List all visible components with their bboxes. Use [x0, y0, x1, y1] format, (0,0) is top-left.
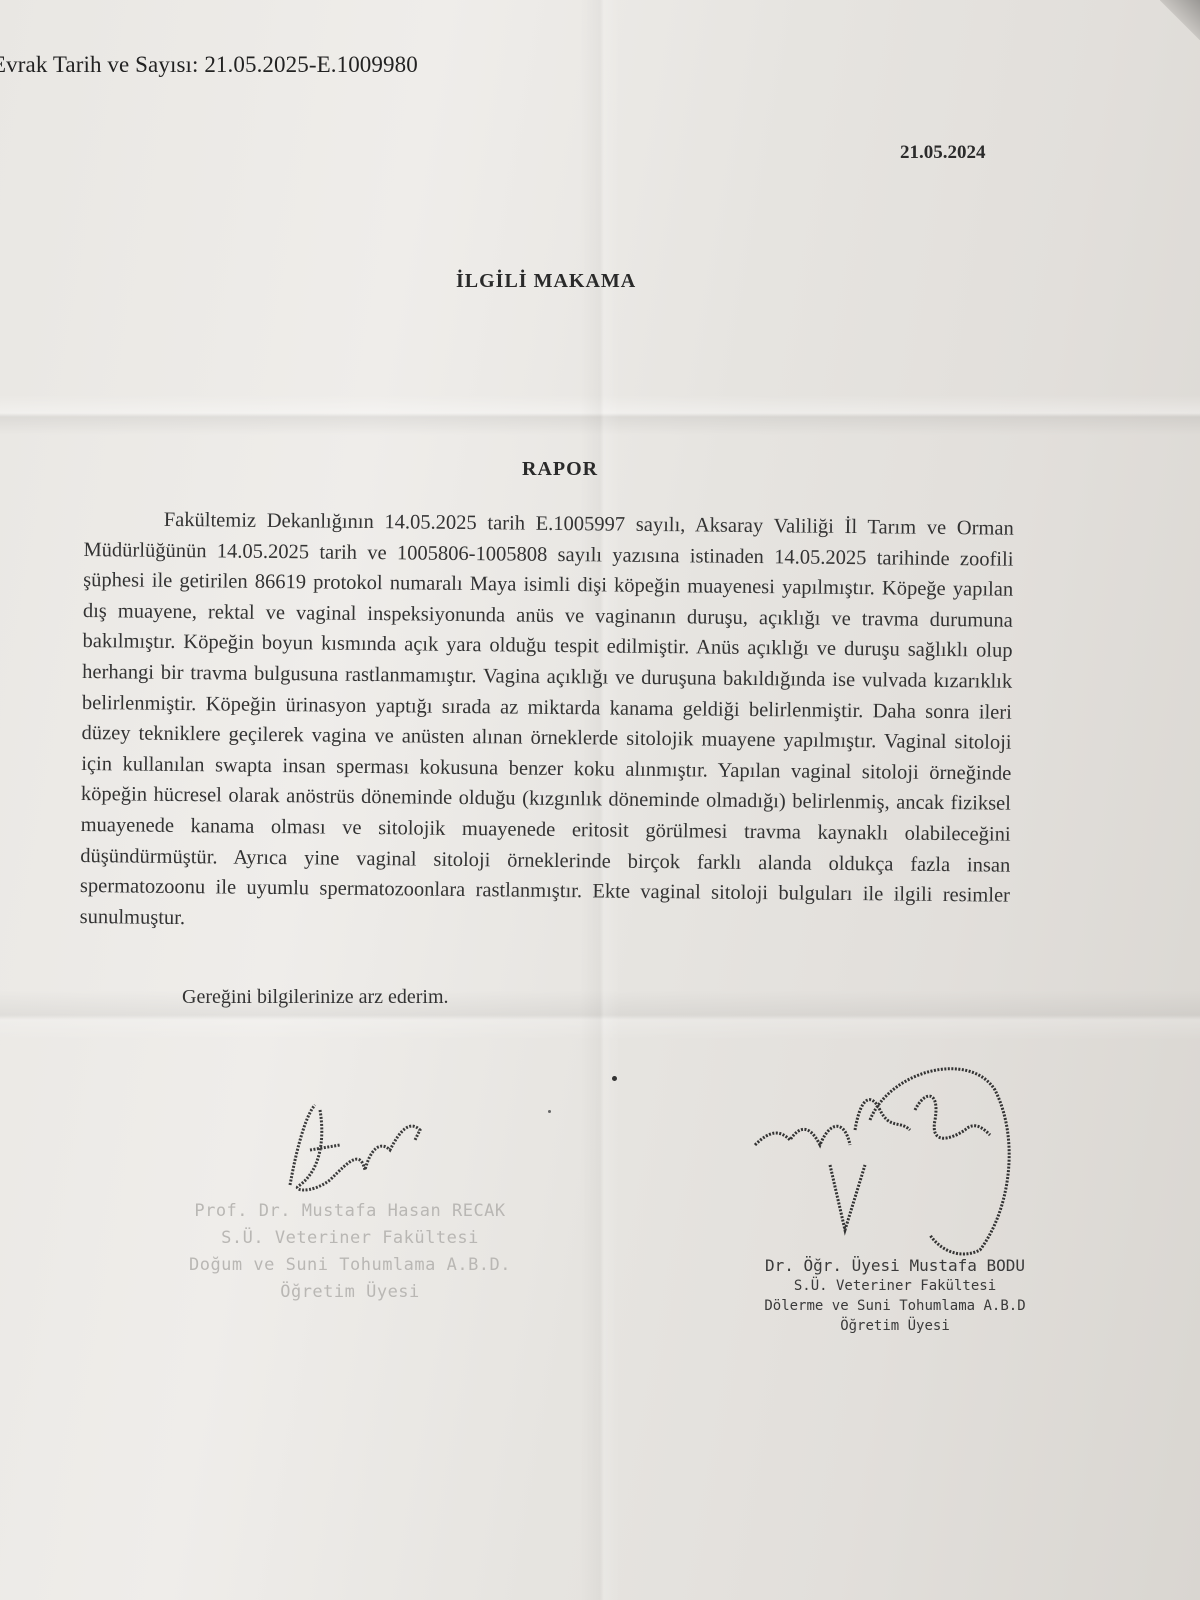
- paper-speck: [548, 1110, 551, 1113]
- paper-fold-bottom: [0, 990, 1200, 1040]
- right-signature-mark: [750, 1060, 1030, 1260]
- right-signatory-faculty: S.Ü. Veteriner Fakültesi: [760, 1276, 1030, 1296]
- left-signatory-role: Öğretim Üyesi: [180, 1279, 520, 1306]
- right-signatory-name: Dr. Öğr. Üyesi Mustafa BODU: [760, 1256, 1030, 1276]
- left-signatory-faculty: S.Ü. Veteriner Fakültesi: [180, 1225, 520, 1252]
- left-signatory-block: Prof. Dr. Mustafa Hasan RECAK S.Ü. Veter…: [180, 1198, 520, 1306]
- right-signatory-department: Dölerme ve Suni Tohumlama A.B.D: [760, 1296, 1030, 1316]
- right-signatory-block: Dr. Öğr. Üyesi Mustafa BODU S.Ü. Veterin…: [760, 1256, 1030, 1336]
- left-signatory-name: Prof. Dr. Mustafa Hasan RECAK: [180, 1198, 520, 1225]
- left-signatory-department: Doğum ve Suni Tohumlama A.B.D.: [180, 1252, 520, 1279]
- report-body: Fakültemiz Dekanlığının 14.05.2025 tarih…: [80, 504, 1014, 942]
- report-title: RAPOR: [522, 458, 598, 481]
- document-date: 21.05.2024: [900, 142, 986, 164]
- left-signature-mark: [270, 1090, 450, 1200]
- paper-speck: [612, 1076, 617, 1081]
- document-reference: Evrak Tarih ve Sayısı: 21.05.2025-E.1009…: [0, 52, 418, 78]
- report-paragraph: Fakültemiz Dekanlığının 14.05.2025 tarih…: [80, 504, 1014, 942]
- addressee-heading: İLGİLİ MAKAMA: [456, 270, 636, 293]
- right-signatory-role: Öğretim Üyesi: [760, 1316, 1030, 1336]
- closing-line: Gereğini bilgilerinize arz ederim.: [182, 986, 449, 1009]
- paper-fold-top: [0, 395, 1200, 435]
- paper-corner: [1160, 0, 1200, 40]
